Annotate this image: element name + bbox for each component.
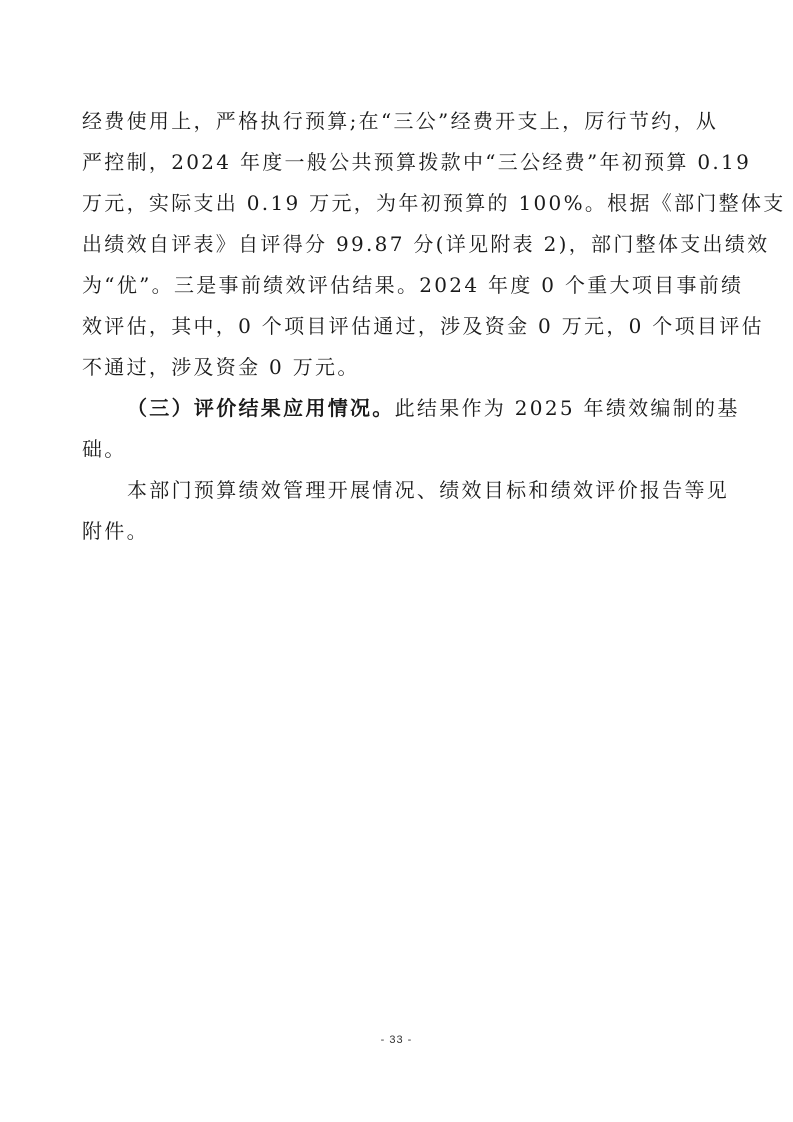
text-line: 经费使用上，严格执行预算;在“三公”经费开支上，厉行节约，从: [82, 101, 716, 142]
paragraph-budget-execution: 经费使用上，严格执行预算;在“三公”经费开支上，厉行节约，从 严控制，2024 …: [82, 101, 716, 388]
text-line: 不通过，涉及资金 0 万元。: [82, 347, 716, 388]
document-page: 经费使用上，严格执行预算;在“三公”经费开支上，厉行节约，从 严控制，2024 …: [0, 0, 793, 1122]
text-line: 础。: [82, 429, 716, 470]
text-line: 为“优”。三是事前绩效评估结果。2024 年度 0 个重大项目事前绩: [82, 265, 716, 306]
text-line: 效评估，其中，0 个项目评估通过，涉及资金 0 万元，0 个项目评估: [82, 306, 716, 347]
page-number: - 33 -: [0, 1034, 793, 1046]
document-body: 经费使用上，严格执行预算;在“三公”经费开支上，厉行节约，从 严控制，2024 …: [82, 101, 716, 552]
section-text: 此结果作为 2025 年绩效编制的基: [395, 396, 740, 420]
section-heading: （三）评价结果应用情况。: [127, 396, 395, 420]
paragraph-attachments-note: 本部门预算绩效管理开展情况、绩效目标和绩效评价报告等见 附件。: [82, 470, 716, 552]
text-line: 附件。: [82, 511, 716, 552]
text-line: 出绩效自评表》自评得分 99.87 分(详见附表 2)，部门整体支出绩效: [82, 224, 716, 265]
text-line: 严控制，2024 年度一般公共预算拨款中“三公经费”年初预算 0.19: [82, 142, 716, 183]
text-line: 万元，实际支出 0.19 万元，为年初预算的 100%。根据《部门整体支: [82, 183, 716, 224]
paragraph-evaluation-application: （三）评价结果应用情况。此结果作为 2025 年绩效编制的基 础。: [82, 388, 716, 470]
text-line: 本部门预算绩效管理开展情况、绩效目标和绩效评价报告等见: [82, 470, 716, 511]
text-line: （三）评价结果应用情况。此结果作为 2025 年绩效编制的基: [82, 388, 716, 429]
